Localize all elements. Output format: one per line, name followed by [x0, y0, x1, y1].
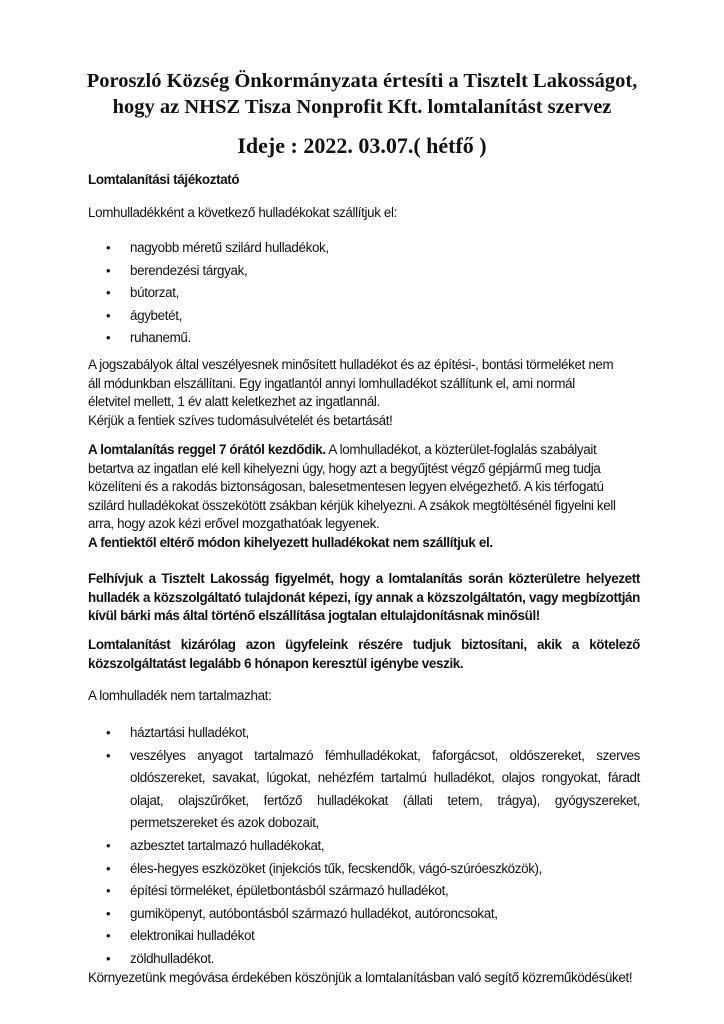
document-page: Poroszló Község Önkormányzata értesíti a… — [0, 0, 724, 1024]
bullet-icon: • — [106, 903, 110, 926]
list-item: •veszélyes anyagot tartalmazó fémhulladé… — [88, 745, 640, 835]
list-item: •zöldhulladékot. — [88, 948, 640, 971]
list-item: •berendezési tárgyak, — [88, 260, 640, 283]
list-item: •gumiköpenyt, autóbontásból származó hul… — [88, 903, 640, 926]
bullet-icon: • — [106, 745, 110, 768]
bullet-icon: • — [106, 260, 110, 283]
bullet-icon: • — [106, 282, 110, 305]
start-time-paragraph: A lomtalanítás reggel 7 órától kezdődik.… — [88, 441, 640, 552]
closing-thanks: Környezetünk megóvása érdekében köszönjü… — [88, 969, 688, 988]
excluded-items-list: •háztartási hulladékot, •veszélyes anyag… — [88, 722, 640, 971]
bullet-icon: • — [106, 305, 110, 328]
list-item: •elektronikai hulladékot — [88, 925, 640, 948]
bullet-icon: • — [106, 880, 110, 903]
header-line-1: Poroszló Község Önkormányzata értesíti a… — [0, 68, 724, 94]
legal-paragraph: A jogszabályok által veszélyesnek minősí… — [88, 356, 640, 430]
not-collected-warning: A fentiektől eltérő módon kihelyezett hu… — [88, 534, 640, 553]
list-item: •bútorzat, — [88, 282, 640, 305]
excluded-intro: A lomhulladék nem tartalmazhat: — [88, 687, 640, 706]
start-time-emphasis: A lomtalanítás reggel 7 órától kezdődik. — [88, 442, 326, 457]
list-item: •építési törmeléket, épületbontásból szá… — [88, 880, 640, 903]
list-item: •ágybetét, — [88, 305, 640, 328]
section-title: Lomtalanítási tájékoztató — [88, 171, 640, 190]
bullet-icon: • — [106, 327, 110, 350]
list-item: •háztartási hulladékot, — [88, 722, 640, 745]
bullet-icon: • — [106, 835, 110, 858]
bullet-icon: • — [106, 237, 110, 260]
ownership-warning-paragraph: Felhívjuk a Tisztelt Lakosság figyelmét,… — [88, 570, 640, 626]
eligibility-paragraph: Lomtalanítást kizárólag azon ügyfeleink … — [88, 636, 640, 673]
bullet-icon: • — [106, 858, 110, 881]
bullet-icon: • — [106, 722, 110, 745]
allowed-items-list: •nagyobb méretű szilárd hulladékok, •ber… — [88, 237, 640, 350]
list-item: •azbesztet tartalmazó hulladékokat, — [88, 835, 640, 858]
list-item: •nagyobb méretű szilárd hulladékok, — [88, 237, 640, 260]
allowed-intro: Lomhulladékként a következő hulladékokat… — [88, 204, 640, 223]
event-date-heading: Ideje : 2022. 03.07.( hétfő ) — [0, 133, 724, 159]
bullet-icon: • — [106, 948, 110, 971]
bullet-icon: • — [106, 925, 110, 948]
list-item: •éles-hegyes eszközöket (injekciós tűk, … — [88, 858, 640, 881]
header-line-2: hogy az NHSZ Tisza Nonprofit Kft. lomtal… — [0, 94, 724, 120]
list-item: •ruhanemű. — [88, 327, 640, 350]
